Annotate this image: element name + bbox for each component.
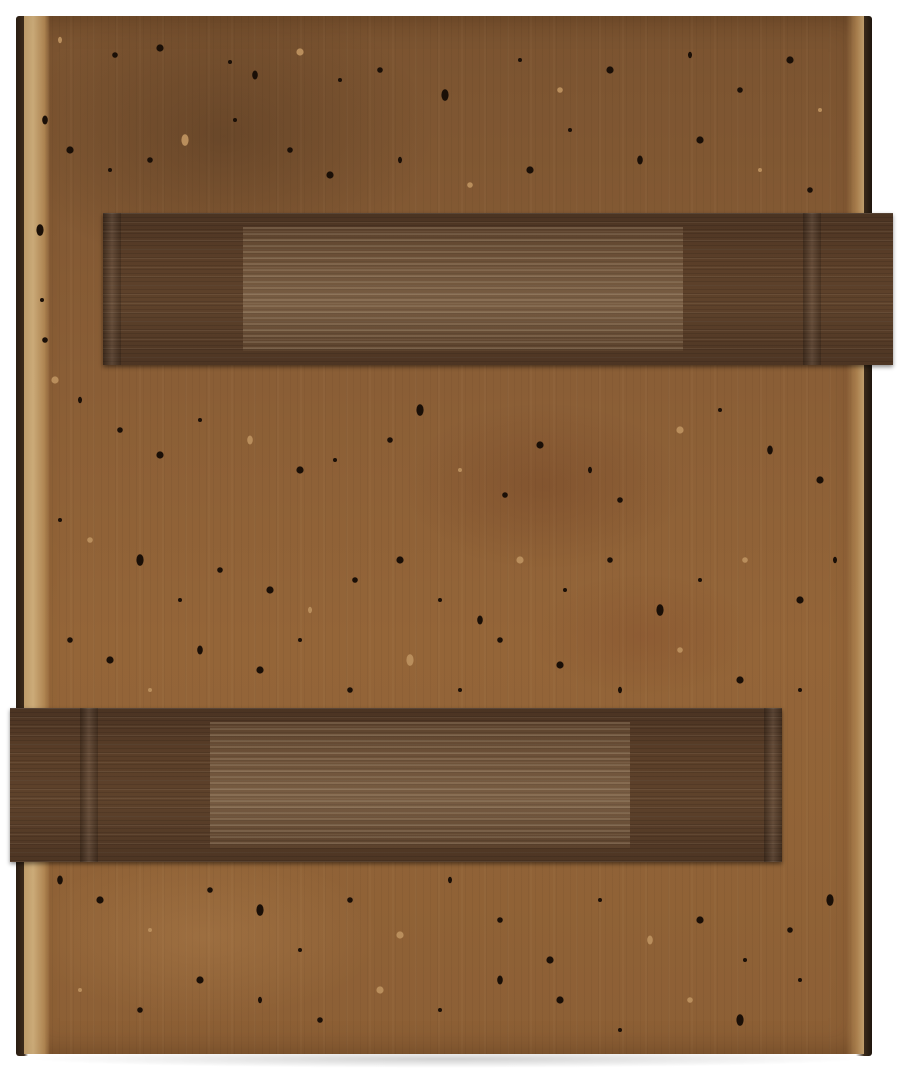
- slat-worn-area: [210, 722, 630, 848]
- bottom-slat: [10, 708, 782, 862]
- slat-bevel: [764, 708, 782, 862]
- panel-worn-left-edge: [24, 16, 50, 1054]
- wooden-panel-back: [24, 16, 864, 1054]
- panel-worn-right-edge: [846, 16, 864, 1054]
- image-subject: Reverse side of an old wooden panel with…: [0, 0, 1, 1]
- slat-worn-area: [243, 227, 683, 351]
- slat-bevel: [803, 213, 821, 365]
- wooden-panel-photo: Reverse side of an old wooden panel with…: [0, 0, 903, 1080]
- slat-bevel: [103, 213, 121, 365]
- top-slat: [103, 213, 893, 365]
- slat-bevel: [80, 708, 98, 862]
